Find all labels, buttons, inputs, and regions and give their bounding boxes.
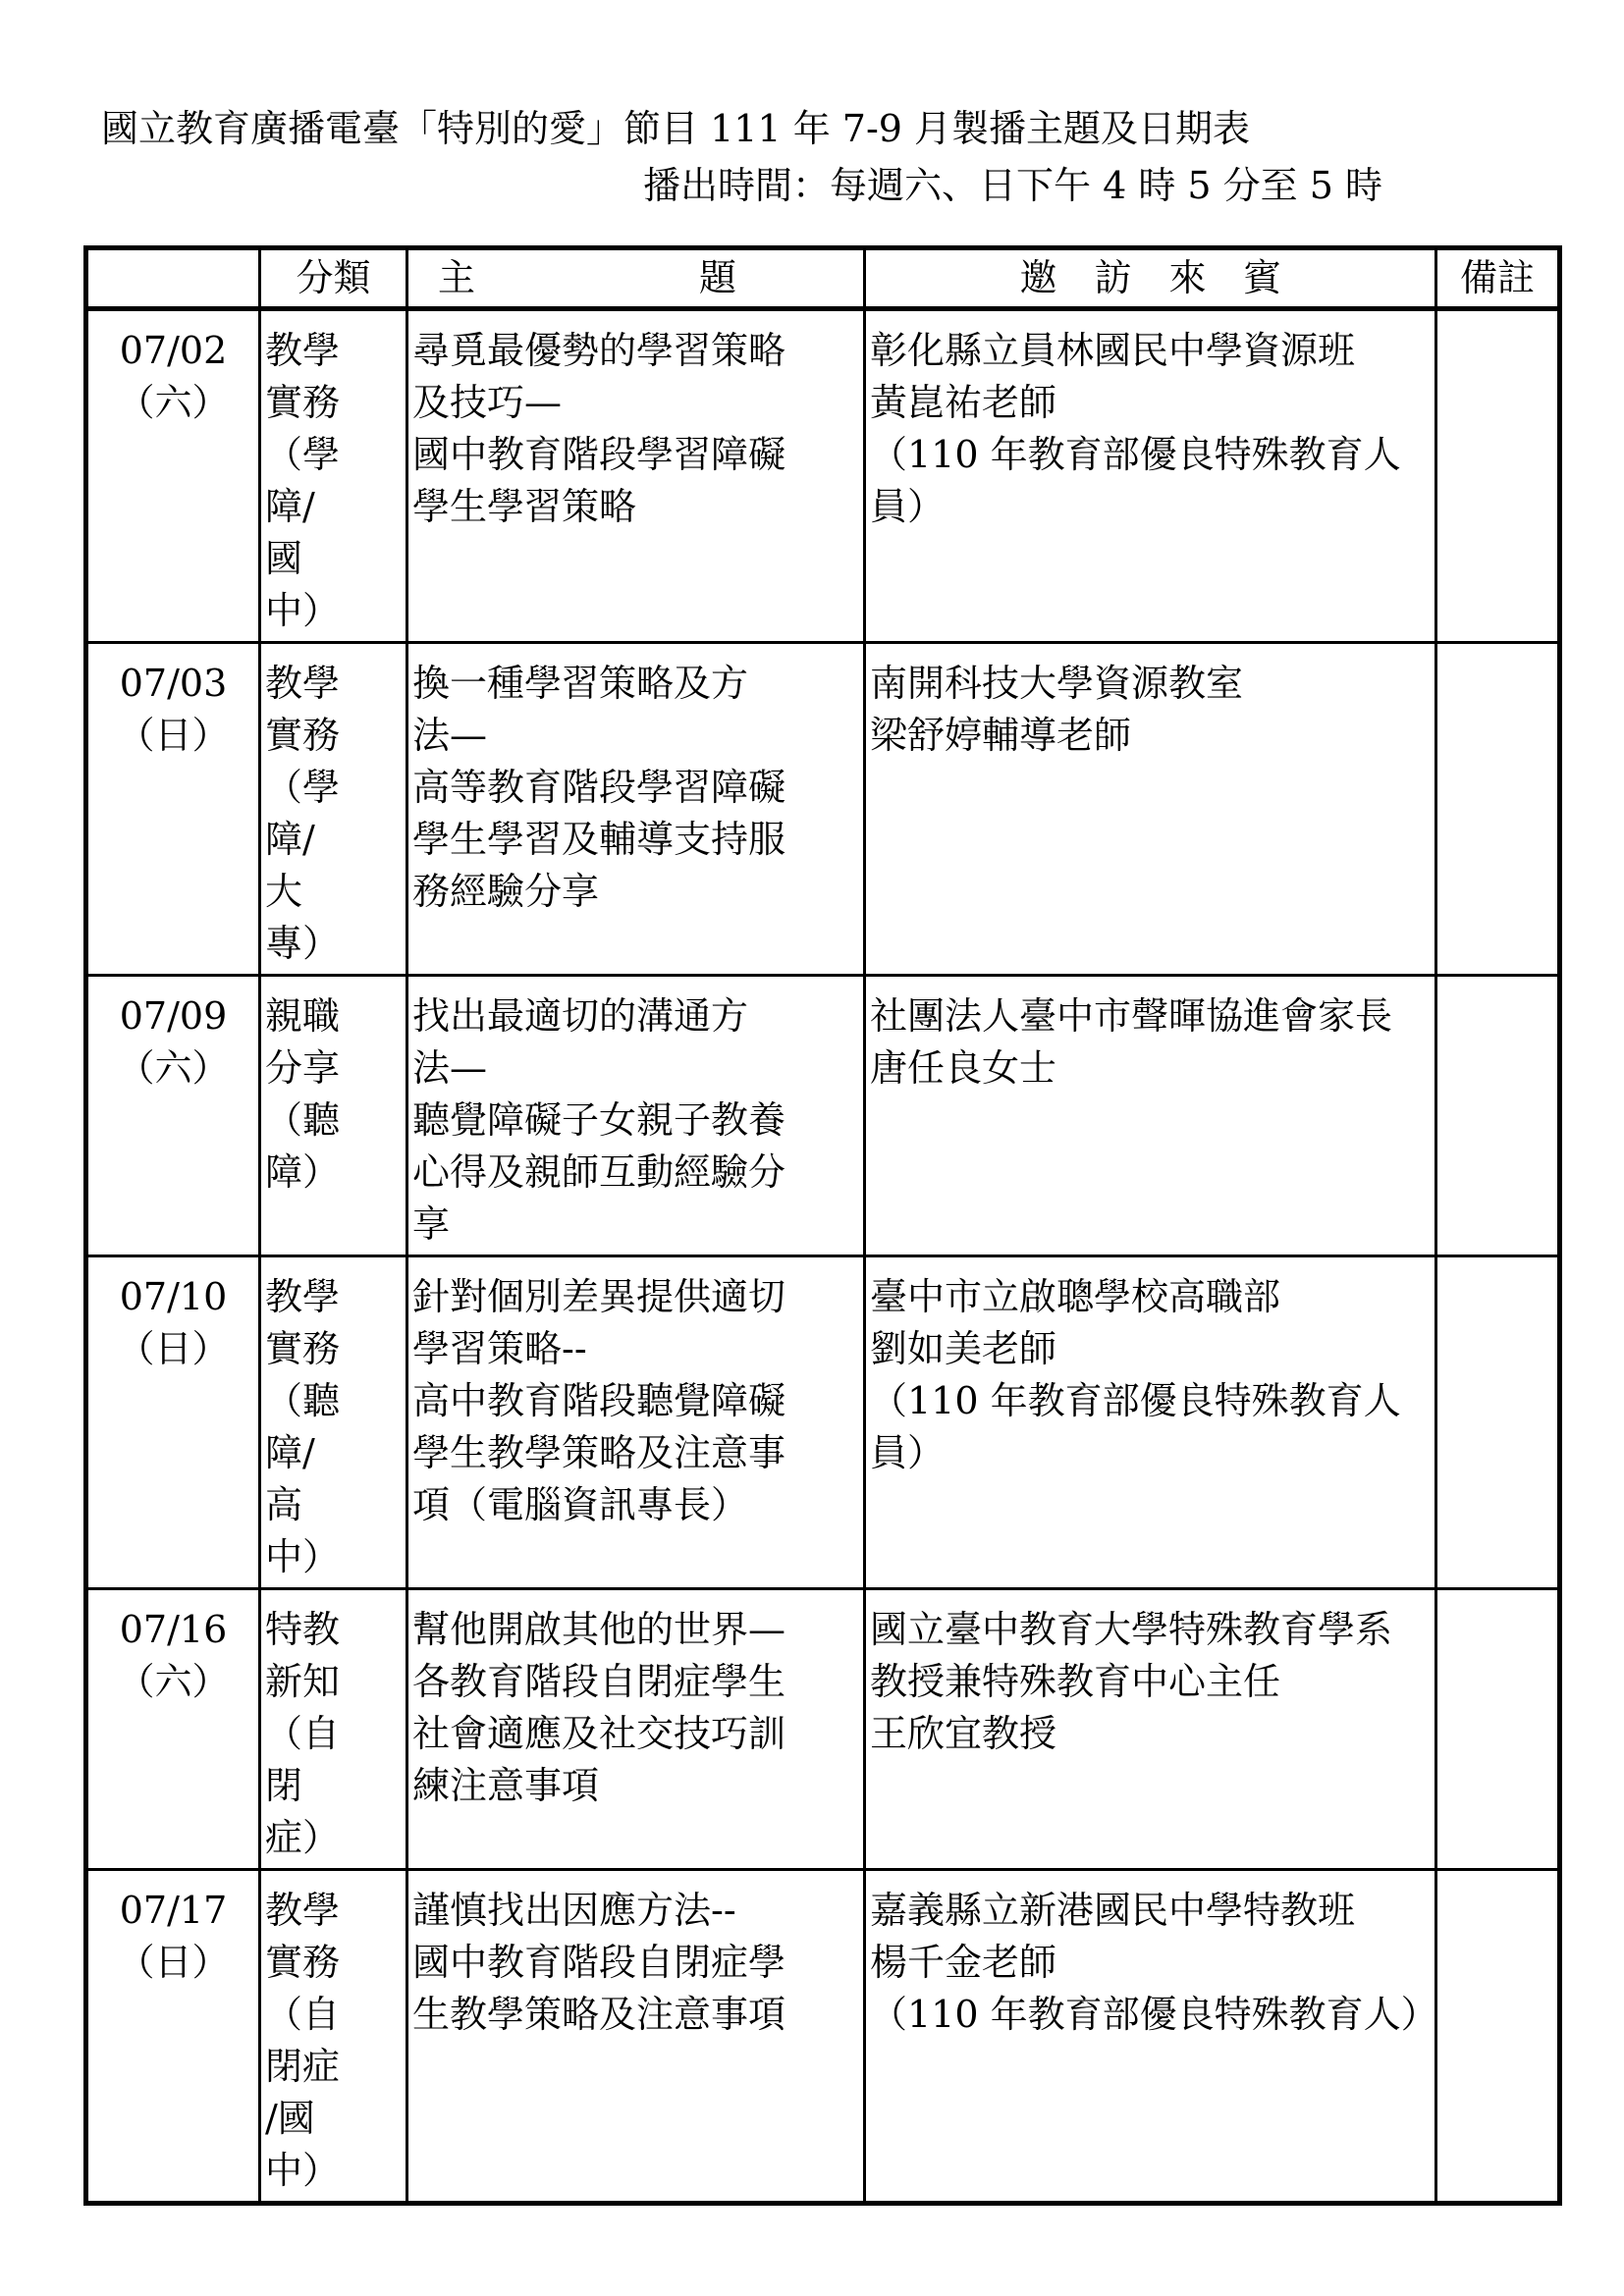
column-header-date: [86, 248, 260, 309]
column-header-topic: 主 題: [407, 248, 865, 309]
guest-cell: 嘉義縣立新港國民中學特教班 楊千金老師 （110 年教育部優良特殊教育人）: [865, 1870, 1436, 2204]
note-cell: [1436, 309, 1560, 643]
note-cell: [1436, 1256, 1560, 1589]
category-cell: 教學 實務 （聽 障/ 高 中）: [260, 1256, 407, 1589]
category-cell: 特教 新知 （自 閉 症）: [260, 1589, 407, 1870]
topic-cell: 尋覓最優勢的學習策略 及技巧— 國中教育階段學習障礙 學生學習策略: [407, 309, 865, 643]
table-row: 07/17 （日） 教學 實務 （自 閉症 /國 中） 謹慎找出因應方法-- 國…: [86, 1870, 1560, 2204]
topic-cell: 針對個別差異提供適切 學習策略-- 高中教育階段聽覺障礙 學生教學策略及注意事 …: [407, 1256, 865, 1589]
topic-cell: 謹慎找出因應方法-- 國中教育階段自閉症學 生教學策略及注意事項: [407, 1870, 865, 2204]
table-header-row: 分類 主 題 邀 訪 來 賓 備註: [86, 248, 1560, 309]
title-line-1: 國立教育廣播電臺「特別的愛」節目 111 年 7-9 月製播主題及日期表: [101, 100, 1382, 157]
guest-cell: 國立臺中教育大學特殊教育學系 教授兼特殊教育中心主任 王欣宜教授: [865, 1589, 1436, 1870]
column-header-category: 分類: [260, 248, 407, 309]
table-row: 07/02 （六） 教學 實務 （學 障/ 國 中） 尋覓最優勢的學習策略 及技…: [86, 309, 1560, 643]
topic-cell: 找出最適切的溝通方 法— 聽覺障礙子女親子教養 心得及親師互動經驗分 享: [407, 976, 865, 1256]
table-row: 07/09 （六） 親職 分享 （聽 障） 找出最適切的溝通方 法— 聽覺障礙子…: [86, 976, 1560, 1256]
topic-cell: 幫他開啟其他的世界— 各教育階段自閉症學生 社會適應及社交技巧訓 練注意事項: [407, 1589, 865, 1870]
table-row: 07/16 （六） 特教 新知 （自 閉 症） 幫他開啟其他的世界— 各教育階段…: [86, 1589, 1560, 1870]
note-cell: [1436, 1589, 1560, 1870]
note-cell: [1436, 643, 1560, 976]
table-row: 07/03 （日） 教學 實務 （學 障/ 大 專） 換一種學習策略及方 法— …: [86, 643, 1560, 976]
date-cell: 07/10 （日）: [86, 1256, 260, 1589]
category-cell: 親職 分享 （聽 障）: [260, 976, 407, 1256]
title-line-2: 播出時間：每週六、日下午 4 時 5 分至 5 時: [643, 157, 1382, 214]
table-row: 07/10 （日） 教學 實務 （聽 障/ 高 中） 針對個別差異提供適切 學習…: [86, 1256, 1560, 1589]
date-cell: 07/17 （日）: [86, 1870, 260, 2204]
guest-cell: 彰化縣立員林國民中學資源班 黃崑祐老師 （110 年教育部優良特殊教育人 員）: [865, 309, 1436, 643]
category-cell: 教學 實務 （學 障/ 國 中）: [260, 309, 407, 643]
guest-cell: 社團法人臺中市聲暉協進會家長 唐任良女士: [865, 976, 1436, 1256]
note-cell: [1436, 1870, 1560, 2204]
topic-cell: 換一種學習策略及方 法— 高等教育階段學習障礙 學生學習及輔導支持服 務經驗分享: [407, 643, 865, 976]
category-cell: 教學 實務 （自 閉症 /國 中）: [260, 1870, 407, 2204]
date-cell: 07/16 （六）: [86, 1589, 260, 1870]
document-title: 國立教育廣播電臺「特別的愛」節目 111 年 7-9 月製播主題及日期表 播出時…: [101, 100, 1382, 214]
column-header-note: 備註: [1436, 248, 1560, 309]
guest-cell: 臺中市立啟聰學校高職部 劉如美老師 （110 年教育部優良特殊教育人 員）: [865, 1256, 1436, 1589]
date-cell: 07/09 （六）: [86, 976, 260, 1256]
guest-cell: 南開科技大學資源教室 梁舒婷輔導老師: [865, 643, 1436, 976]
schedule-table: 分類 主 題 邀 訪 來 賓 備註 07/02 （六） 教學 實務 （學 障/ …: [83, 245, 1562, 2206]
column-header-guest: 邀 訪 來 賓: [865, 248, 1436, 309]
date-cell: 07/02 （六）: [86, 309, 260, 643]
note-cell: [1436, 976, 1560, 1256]
date-cell: 07/03 （日）: [86, 643, 260, 976]
category-cell: 教學 實務 （學 障/ 大 專）: [260, 643, 407, 976]
